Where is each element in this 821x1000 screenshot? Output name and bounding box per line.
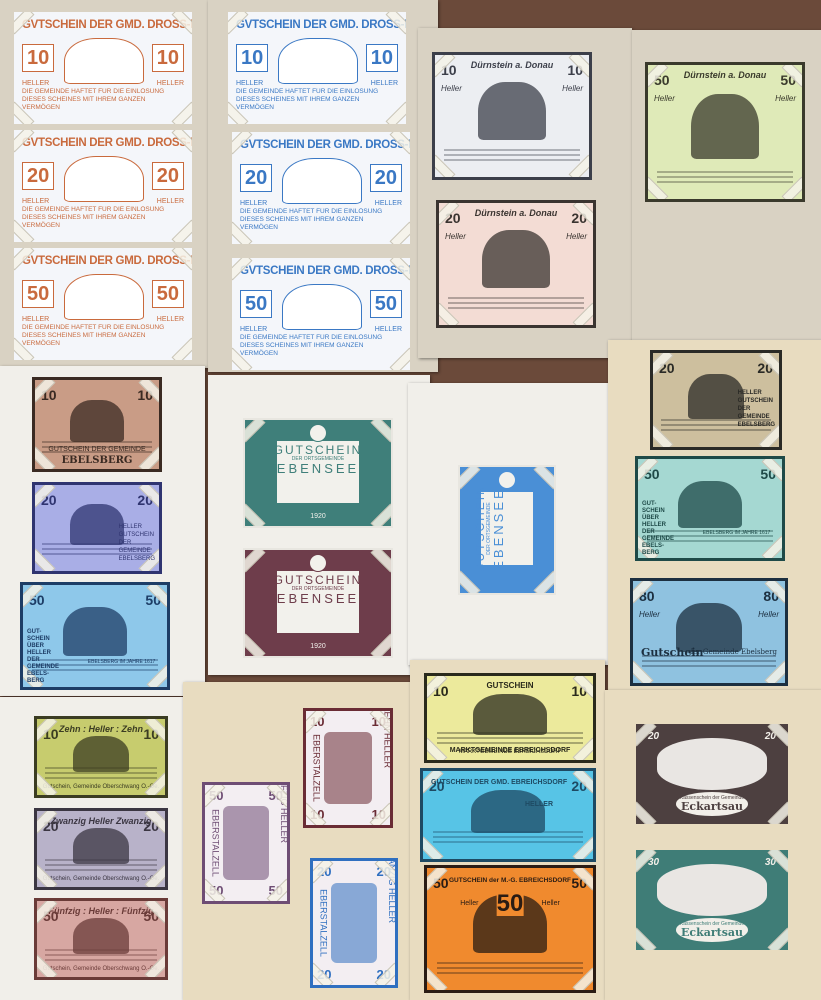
unit-label: Heller — [654, 95, 675, 103]
guarantee-text: DIE GEMEINDE HAFTET FÜR DIE EINLÖSUNG DI… — [22, 206, 184, 231]
vignette — [471, 790, 546, 832]
castle-vignette — [64, 156, 144, 202]
denomination: 50 — [152, 280, 184, 308]
fine-print — [45, 777, 158, 779]
denomination: 20 — [648, 732, 659, 742]
place-name: EBERSTALZELL — [318, 889, 327, 957]
vignette — [223, 806, 269, 880]
banknote: GUTSCHEINDER ORTSGEMEINDEEBENSEE1920 — [243, 418, 393, 528]
side-text: GUT- SCHEIN ÜBER HELLER DER GEMEINDE EBE… — [642, 501, 674, 557]
emblem-icon — [309, 424, 327, 442]
banknote: GVTSCHEIN DER GMD. DROSS-N.Ö.1010HELLERH… — [14, 12, 192, 124]
photo-corner — [636, 802, 656, 824]
guarantee-text: DIE GEMEINDE HAFTET FÜR DIE EINLÖSUNG DI… — [22, 324, 184, 349]
banknote: GUTSCHEINDER ORTSGEMEINDEEBENSEE — [458, 465, 556, 595]
unit-label: HELLER — [157, 80, 184, 87]
fine-print — [448, 302, 584, 304]
note-header: Zwanzig Heller Zwanzig — [50, 817, 151, 826]
text-block: GUTSCHEINDER ORTSGEMEINDEEBENSEE — [470, 502, 543, 555]
vignette — [688, 374, 743, 419]
vignette — [678, 481, 741, 529]
fine-print — [45, 772, 158, 774]
unit-label: HELLER — [157, 198, 184, 205]
year: 1920 — [310, 513, 326, 520]
vignette — [691, 94, 759, 158]
place-name: EBERSTALZELL — [311, 734, 320, 802]
note-header: GVTSCHEIN DER GMD. DROSS-N.Ö. — [240, 266, 410, 278]
guarantee-text: DIE GEMEINDE HAFTET FÜR DIE EINLÖSUNG DI… — [240, 208, 402, 233]
banknote: GVTSCHEIN DER GMD. DROSS-N.Ö.2020HELLERH… — [232, 132, 410, 244]
place-name: Eckartsau — [676, 801, 749, 813]
vignette — [482, 230, 550, 289]
unit-label: Heller — [775, 95, 796, 103]
fine-print — [437, 732, 583, 734]
vignette — [478, 82, 546, 141]
fine-print — [437, 742, 583, 744]
note-header: GVTSCHEIN DER GMD. DROSS-N.Ö. — [22, 138, 192, 150]
place-name: EBERSTALZELL — [210, 809, 219, 877]
place-name: EBELSBERG — [62, 456, 133, 466]
banknote: GVTSCHEIN DER GMD. DROSS-N.Ö.2020HELLERH… — [14, 130, 192, 242]
side-text: HELLER GUTSCHEIN DER GEMEINDE EBELSBERG — [738, 389, 775, 429]
note-header: Fünfzig : Heller : Fünfzig — [49, 907, 154, 916]
note-footer: Gutschein, Gemeinde Oberschwang O.-Oe. — [43, 784, 159, 790]
denomination: 20 — [370, 164, 402, 192]
banknote: GUTSCHEINDER ORTSGEMEINDEEBENSEE1920 — [243, 548, 393, 658]
banknote: GVTSCHEIN DER GMD. DROSS-N.Ö.1010HELLERH… — [228, 12, 406, 124]
photo-corner — [371, 634, 393, 658]
text-panel: GUTSCHEINDER ORTSGEMEINDEEBENSEE — [481, 492, 534, 565]
cartouche: Kassenschein der GemeindeEckartsau — [676, 792, 749, 816]
banknote: GVTSCHEIN DER GMD. DROSS-N.Ö.5050HELLERH… — [232, 258, 410, 370]
vignette — [70, 504, 125, 545]
note-header: GVTSCHEIN DER GMD. DROSS-N.Ö. — [22, 20, 192, 32]
castle-vignette — [64, 38, 144, 84]
unit-label: HELLER — [236, 80, 263, 87]
fine-print — [642, 665, 776, 667]
note-header: Dürnstein a. Donau — [475, 209, 558, 218]
fine-print — [45, 767, 158, 769]
vignette — [331, 883, 377, 962]
caption: EBELSBERG IM JAHRE 1617 — [703, 531, 771, 536]
denomination: 10 — [366, 44, 398, 72]
unit-label: HELLER — [22, 80, 49, 87]
note-footer: MARKTGEMEINDE EBREICHSDORF — [450, 747, 571, 754]
photo-corner — [371, 504, 393, 528]
side-text: GUT- SCHEIN ÜBER HELLER DER GEMEINDE EBE… — [27, 629, 59, 685]
photo-corner — [458, 571, 480, 595]
photo-corner — [768, 928, 788, 950]
note-header: GUTSCHEIN der M.-G. EBREICHSDORF — [449, 878, 571, 885]
fine-print — [437, 737, 583, 739]
castle-vignette — [278, 38, 358, 84]
unit-label: HELLER — [375, 200, 402, 207]
place-name: EBENSEE — [491, 488, 504, 570]
fine-print — [657, 176, 793, 178]
photo-corner — [243, 634, 265, 658]
unit-label: Heller — [566, 233, 587, 241]
vignette — [473, 694, 546, 734]
banknote: 10101010ZEHN HELLEREBERSTALZELL — [303, 708, 393, 828]
fine-print — [437, 967, 583, 969]
banknote: 2020HELLER GUTSCHEIN DER GEMEINDE EBELSB… — [32, 482, 162, 574]
banknote: 5050GUT- SCHEIN ÜBER HELLER DER GEMEINDE… — [20, 582, 170, 690]
note-header: GUTSCHEIN — [486, 682, 533, 690]
photo-corner — [534, 465, 556, 489]
note-header: GUTSCHEIN — [274, 444, 363, 456]
denomination: 20 — [152, 162, 184, 190]
unit-label: HELLER — [157, 316, 184, 323]
note-footer: Gutschein, Gemeinde Oberschwang O.-Oe. — [43, 876, 159, 882]
fine-print — [661, 429, 772, 431]
note-header: Zehn : Heller : Zehn — [59, 725, 143, 734]
banknote: 5050GUTSCHEIN der M.-G. EBREICHSDORF50He… — [424, 865, 596, 993]
banknote: 1010GUTSCHEIN DER GEMEINDEEBELSBERG — [32, 377, 162, 472]
banknote: 2020HELLER GUTSCHEIN DER GEMEINDE EBELSB… — [650, 350, 782, 450]
text-panel: GUTSCHEINDER ORTSGEMEINDEEBENSEE — [277, 571, 359, 633]
fine-print — [45, 954, 158, 956]
unit-label: HELLER — [525, 801, 553, 808]
unit-label: Heller — [639, 611, 660, 619]
photo-corner — [636, 928, 656, 950]
fine-print — [42, 441, 151, 443]
vignette — [70, 400, 125, 443]
banknote: Zehn : Heller : Zehn1010Gutschein, Gemei… — [34, 716, 168, 798]
cartouche: Kassenschein der GemeindeEckartsau — [676, 918, 749, 942]
denomination: 10 — [236, 44, 268, 72]
unit-label: Heller — [758, 611, 779, 619]
manor-vignette — [657, 738, 766, 790]
place-name: EBENSEE — [277, 592, 359, 605]
denomination: 20 — [240, 164, 272, 192]
unit-label: Heller — [460, 900, 478, 907]
text-block: GUTSCHEINDER ORTSGEMEINDEEBENSEE — [277, 571, 359, 633]
text-block: GUTSCHEINDER ORTSGEMEINDEEBENSEE — [277, 441, 359, 503]
fine-print — [444, 159, 580, 161]
fine-print — [433, 841, 583, 843]
fine-print — [448, 307, 584, 309]
unit-label: Heller — [542, 900, 560, 907]
photo-corner — [243, 548, 265, 572]
fine-print — [444, 149, 580, 151]
fine-print — [437, 972, 583, 974]
unit-label: HELLER — [375, 326, 402, 333]
year: 1920 — [310, 643, 326, 650]
castle-vignette — [282, 158, 362, 204]
banknote: 50505050FÜNFZIG HELLEREBERSTALZELL — [202, 782, 290, 904]
castle-vignette — [64, 274, 144, 320]
note-header: GUTSCHEIN DER GEMEINDE — [48, 446, 145, 453]
place-name: Eckartsau — [676, 927, 749, 939]
fine-print — [45, 949, 158, 951]
photo-corner — [371, 418, 393, 442]
denomination: 50 — [370, 290, 402, 318]
banknote: 20202020ZWANZIG HELLEREBERSTALZELL — [310, 858, 398, 988]
unit-label: Heller — [441, 85, 462, 93]
unit-label: HELLER — [22, 316, 49, 323]
photo-corner — [243, 418, 265, 442]
unit-label: HELLER — [240, 326, 267, 333]
fine-print — [657, 171, 793, 173]
big-denomination: 50 — [497, 892, 524, 916]
castle-vignette — [282, 284, 362, 330]
banknote: 5050GUT- SCHEIN ÜBER HELLER DER GEMEINDE… — [635, 456, 785, 561]
place-name: der Gemeinde Ebelsberg — [689, 649, 777, 656]
photo-corner — [768, 802, 788, 824]
denomination: 30 — [648, 858, 659, 868]
note-footer: Gutschein, Gemeinde Oberschwang O.-Oe. — [43, 966, 159, 972]
banknote: GVTSCHEIN DER GMD. DROSS-N.Ö.5050HELLERH… — [14, 248, 192, 360]
unit-label: Heller — [445, 233, 466, 241]
denomination: 20 — [22, 162, 54, 190]
note-header: Dürnstein a. Donau — [684, 71, 767, 80]
caption: EBELSBERG IM JAHRE 1617 — [88, 660, 156, 665]
unit-label: HELLER — [240, 200, 267, 207]
banknote: Dürnstein a. Donau2020HellerHeller — [436, 200, 596, 328]
fine-print — [642, 660, 776, 662]
fine-print — [45, 864, 158, 866]
vignette — [324, 732, 371, 805]
photo-corner — [371, 548, 393, 572]
unit-label: Heller — [562, 85, 583, 93]
note-header: Dürnstein a. Donau — [471, 61, 554, 70]
banknote: Zwanzig Heller Zwanzig2020Gutschein, Gem… — [34, 808, 168, 890]
photo-corner — [243, 504, 265, 528]
guarantee-text: DIE GEMEINDE HAFTET FÜR DIE EINLÖSUNG DI… — [236, 88, 398, 113]
unit-label: HELLER — [371, 80, 398, 87]
fine-print — [657, 181, 793, 183]
note-header: GUTSCHEIN DER GMD. EBREICHSDORF — [431, 779, 567, 786]
fine-print — [45, 959, 158, 961]
banknote: 1010MARKTGEMEINDE EBREICHSDORFGUTSCHEINM… — [424, 673, 596, 763]
fine-print — [444, 154, 580, 156]
denomination: 10 — [152, 44, 184, 72]
note-header: GUTSCHEIN — [473, 484, 485, 573]
photo-corner — [534, 571, 556, 595]
unit-label: HELLER — [22, 198, 49, 205]
banknote: 3030Kassenschein der GemeindeEckartsau — [636, 850, 788, 950]
fine-print — [433, 831, 583, 833]
fine-print — [437, 962, 583, 964]
emblem-icon — [498, 471, 516, 489]
place-name: EBENSEE — [277, 462, 359, 475]
banknote: Fünfzig : Heller : Fünfzig5050Gutschein,… — [34, 898, 168, 980]
fine-print — [433, 836, 583, 838]
manor-vignette — [657, 864, 766, 916]
denomination: 10 — [22, 44, 54, 72]
fine-print — [45, 869, 158, 871]
banknote: Dürnstein a. Donau5050HellerHeller — [645, 62, 805, 202]
guarantee-text: DIE GEMEINDE HAFTET FÜR DIE EINLÖSUNG DI… — [240, 334, 402, 359]
banknote: 2020Kassenschein der GemeindeEckartsau — [636, 724, 788, 824]
note-header: GVTSCHEIN DER GMD. DROSS-N.Ö. — [240, 140, 410, 152]
guarantee-text: DIE GEMEINDE HAFTET FÜR DIE EINLÖSUNG DI… — [22, 88, 184, 113]
fine-print — [448, 297, 584, 299]
banknote: Dürnstein a. Donau1010HellerHeller — [432, 52, 592, 180]
side-text: HELLER GUTSCHEIN DER GEMEINDE EBELSBERG — [119, 523, 155, 563]
emblem-icon — [309, 554, 327, 572]
note-header: GVTSCHEIN DER GMD. DROSS-N.Ö. — [236, 20, 406, 32]
note-header: GVTSCHEIN DER GMD. DROSS-N.Ö. — [22, 256, 192, 268]
note-header: GUTSCHEIN — [274, 574, 363, 586]
banknote: 8080HellerHellerGutscheinder Gemeinde Eb… — [630, 578, 788, 686]
text-panel: GUTSCHEINDER ORTSGEMEINDEEBENSEE — [277, 441, 359, 503]
fine-print — [45, 859, 158, 861]
denomination: 50 — [22, 280, 54, 308]
banknote: 2020GUTSCHEIN DER GMD. EBREICHSDORFHELLE… — [420, 768, 596, 862]
denomination: 50 — [240, 290, 272, 318]
vignette — [63, 607, 126, 656]
